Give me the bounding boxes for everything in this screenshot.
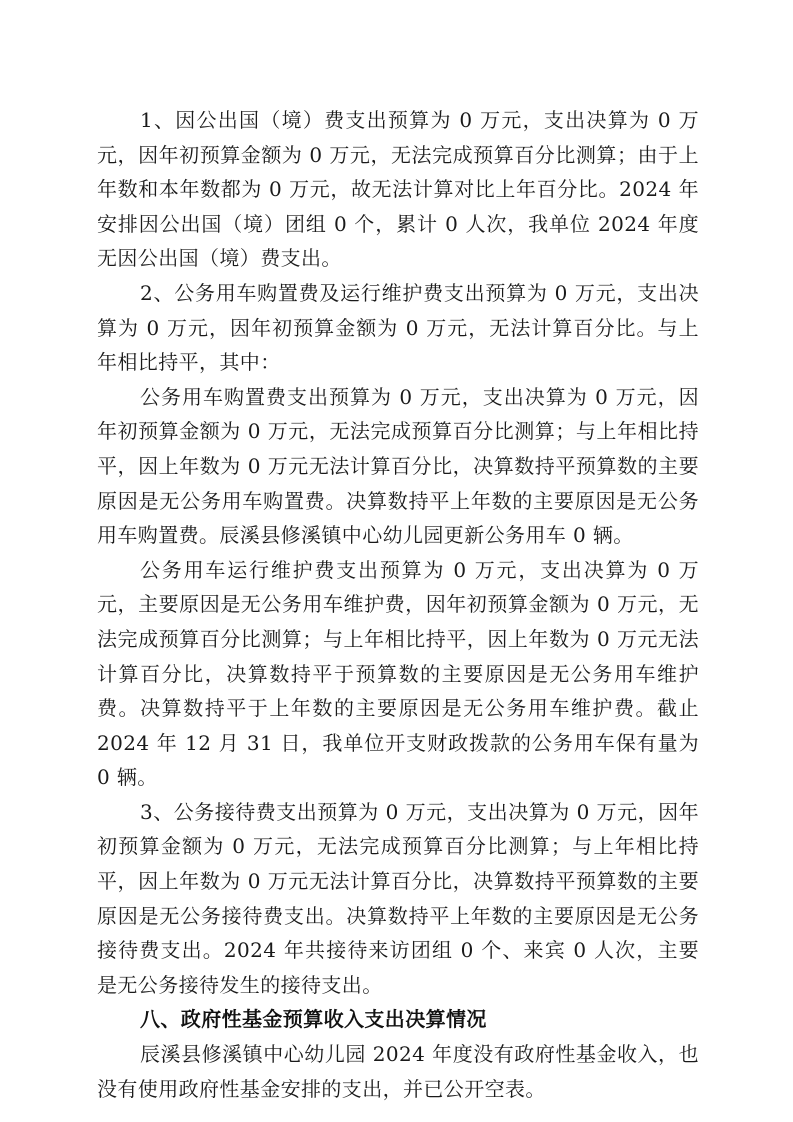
paragraph-vehicle-expenses: 2、公务用车购置费及运行维护费支出预算为 0 万元，支出决算为 0 万元，因年初… [97, 276, 699, 380]
paragraph-vehicle-purchase: 公务用车购置费支出预算为 0 万元，支出决算为 0 万元，因年初预算金额为 0 … [97, 380, 699, 553]
paragraph-government-fund: 辰溪县修溪镇中心幼儿园 2024 年度没有政府性基金收入，也没有使用政府性基金安… [97, 1037, 699, 1106]
document-page: 1、因公出国（境）费支出预算为 0 万元，支出决算为 0 万元，因年初预算金额为… [97, 103, 699, 1106]
paragraph-official-reception: 3、公务接待费支出预算为 0 万元，支出决算为 0 万元，因年初预算金额为 0 … [97, 795, 699, 1003]
paragraph-overseas-travel: 1、因公出国（境）费支出预算为 0 万元，支出决算为 0 万元，因年初预算金额为… [97, 103, 699, 276]
section-heading: 八、政府性基金预算收入支出决算情况 [97, 1002, 699, 1037]
paragraph-vehicle-maintenance: 公务用车运行维护费支出预算为 0 万元，支出决算为 0 万元，主要原因是无公务用… [97, 553, 699, 795]
